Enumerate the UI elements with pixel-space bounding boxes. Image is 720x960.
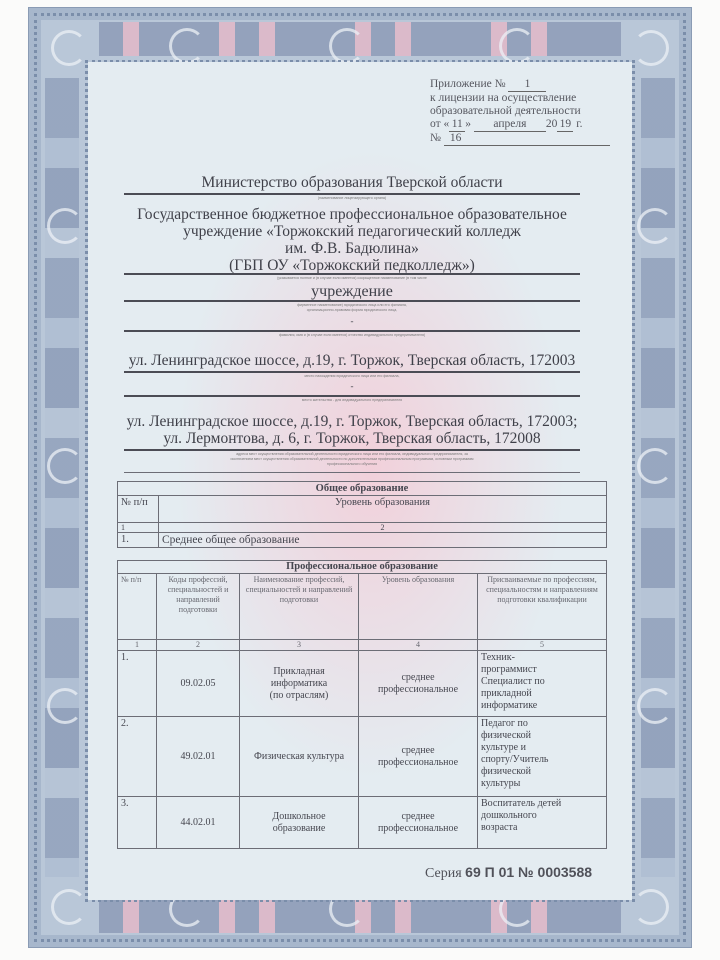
qualification-line: физической [481,766,603,778]
qualification-line: Педагог по [481,718,603,730]
annex-line-2: к лицензии на осуществление [430,92,620,105]
professional-education-title: Профессиональное образование [118,561,607,574]
qualification-line: возраста [481,822,603,834]
date-prefix: от « [430,118,449,130]
form-series-number: Серия 69 П 01 № 0003588 [425,864,592,882]
scroll-ornament-icon [637,208,673,244]
column-header: № п/п [118,496,159,523]
table-row: 3. 44.02.01 Дошкольное образование средн… [118,797,607,849]
row-number: 1. [118,533,159,548]
scroll-ornament-icon [637,688,673,724]
organization-short-name: (ГБП ОУ «Торжокский педколледж») [124,257,580,274]
legal-form: учреждение [124,283,580,300]
organization-name-line: учреждение «Торжокский педагогический ко… [124,223,580,240]
qualification-line: культуре и [481,742,603,754]
residence-value: - [124,381,580,391]
table-row: 1. 09.02.05 Прикладная информатика (по о… [118,651,607,717]
specialty-name-line: (по отраслям) [243,690,355,702]
organization-rule [124,273,580,275]
corner-scroll-ornament-icon [51,30,87,66]
specialty-name: Дошкольное образование [240,797,359,849]
qualification-line: информатике [481,700,603,712]
table-row: 1. Среднее общее образование [118,533,607,548]
scroll-ornament-icon [637,448,673,484]
column-header: Уровень образования [359,574,478,640]
scroll-ornament-icon [47,208,83,244]
legal-address-rule [124,371,580,373]
section-rule [124,472,580,473]
education-level-line: профессиональное [362,757,474,769]
organization-caption: (указывается полное и (в случае если име… [124,276,580,281]
organization-name: Государственное бюджетное профессиональн… [124,206,580,274]
education-level: Среднее общее образование [159,533,607,548]
series-value: 69 П 01 № 0003588 [465,864,592,880]
legal-address: ул. Ленинградское шоссе, д.19, г. Торжок… [124,352,580,369]
residence-caption: место жительства - для индивидуального п… [124,398,580,403]
entrepreneur-rule [124,330,580,332]
qualification-line: культуры [481,778,603,790]
specialty-name-line: Физическая культура [243,751,355,763]
corner-scroll-ornament-icon [633,30,669,66]
entrepreneur-caption: фамилия, имя и (в случае если имеется) о… [124,333,580,338]
qualification-line: Специалист по [481,676,603,688]
annex-line-3: образовательной деятельности [430,105,620,118]
year-prefix: 20 [546,118,558,130]
specialty-code: 44.02.01 [157,797,240,849]
general-education-title: Общее образование [118,482,607,496]
column-number: 1 [118,640,157,651]
annex-number: 1 [508,78,546,92]
column-header: Уровень образования [159,496,607,523]
row-number: 2. [118,717,157,797]
activity-address-line: ул. Лермонтова, д. 6, г. Торжок, Тверска… [124,430,580,447]
license-number: 16 [444,132,610,146]
row-number: 3. [118,797,157,849]
legal-address-caption: место нахождения юридического лица или е… [124,374,580,379]
entrepreneur-value: - [124,316,580,326]
education-level-line: профессиональное [362,684,474,696]
column-header: Присваиваемые по профессиям, специальнос… [478,574,607,640]
qualification-line: спорту/Учитель [481,754,603,766]
education-level: среднее профессиональное [359,797,478,849]
number-label: № [430,132,441,144]
qualification-line: прикладной [481,688,603,700]
column-number: 5 [478,640,607,651]
authority-name: Министерство образования Тверской област… [124,174,580,191]
legal-form-rule [124,300,580,302]
specialty-code: 09.02.05 [157,651,240,717]
education-level: среднее профессиональное [359,651,478,717]
organization-name-line: им. Ф.В. Бадюлина» [124,240,580,257]
specialty-code: 49.02.01 [157,717,240,797]
column-header: Наименование профессий, специальностей и… [240,574,359,640]
education-level-line: среднее [362,811,474,823]
organization-name-line: Государственное бюджетное профессиональн… [124,206,580,223]
qualification-line: физической [481,730,603,742]
education-level-line: среднее [362,745,474,757]
education-level: среднее профессиональное [359,717,478,797]
date-day: 11 [449,118,465,132]
series-label: Серия [425,866,462,881]
column-header: Коды профессий, специальностей и направл… [157,574,240,640]
activity-addresses: ул. Ленинградское шоссе, д.19, г. Торжок… [124,413,580,447]
qualification-line: Техник- [481,652,603,664]
row-number: 1. [118,651,157,717]
corner-scroll-ornament-icon [633,889,669,925]
scroll-ornament-icon [329,28,365,64]
column-number: 4 [359,640,478,651]
activity-address-line: ул. Ленинградское шоссе, д.19, г. Торжок… [124,413,580,430]
specialty-name: Прикладная информатика (по отраслям) [240,651,359,717]
qualification-line: программист [481,664,603,676]
table-row: 2. 49.02.01 Физическая культура среднее … [118,717,607,797]
column-number: 2 [159,523,607,533]
qualification: Педагог по физической культуре и спорту/… [478,717,607,797]
specialty-name-line: Прикладная [243,666,355,678]
authority-rule [124,193,580,195]
scroll-ornament-icon [499,28,535,64]
caption-line: организационно-правовая форма юридическо… [124,308,580,313]
authority-caption: (наименование лицензирующего органа) [124,196,580,201]
scroll-ornament-icon [47,688,83,724]
column-number: 1 [118,523,159,533]
date-mid: » [465,118,471,130]
column-number: 3 [240,640,359,651]
residence-rule [124,395,580,397]
specialty-name-line: Дошкольное [243,811,355,823]
specialty-name-line: образование [243,823,355,835]
caption-line: профессионального обучения [124,462,580,467]
qualification-line: Воспитатель детей [481,798,603,810]
general-education-table: Общее образование № п/п Уровень образова… [117,481,607,548]
activity-addresses-caption: адреса мест осуществления образовательно… [124,452,580,467]
year-suffix: 19 [557,118,573,132]
specialty-name-line: информатика [243,678,355,690]
qualification: Техник- программист Специалист по прикла… [478,651,607,717]
date-month: апреля [474,118,546,132]
education-level-line: профессиональное [362,823,474,835]
scroll-ornament-icon [47,448,83,484]
activity-addresses-rule [124,449,580,451]
annex-label: Приложение № [430,78,506,90]
professional-education-table: Профессиональное образование № п/п Коды … [117,560,607,849]
column-header: № п/п [118,574,157,640]
education-level-line: среднее [362,672,474,684]
corner-scroll-ornament-icon [51,889,87,925]
annex-header: Приложение № 1 к лицензии на осуществлен… [430,78,620,146]
year-unit: г. [576,118,582,130]
legal-form-caption: фирменное наименование) юридического лиц… [124,303,580,313]
scroll-ornament-icon [169,28,205,64]
qualification: Воспитатель детей дошкольного возраста [478,797,607,849]
qualification-line: дошкольного [481,810,603,822]
specialty-name: Физическая культура [240,717,359,797]
column-number: 2 [157,640,240,651]
